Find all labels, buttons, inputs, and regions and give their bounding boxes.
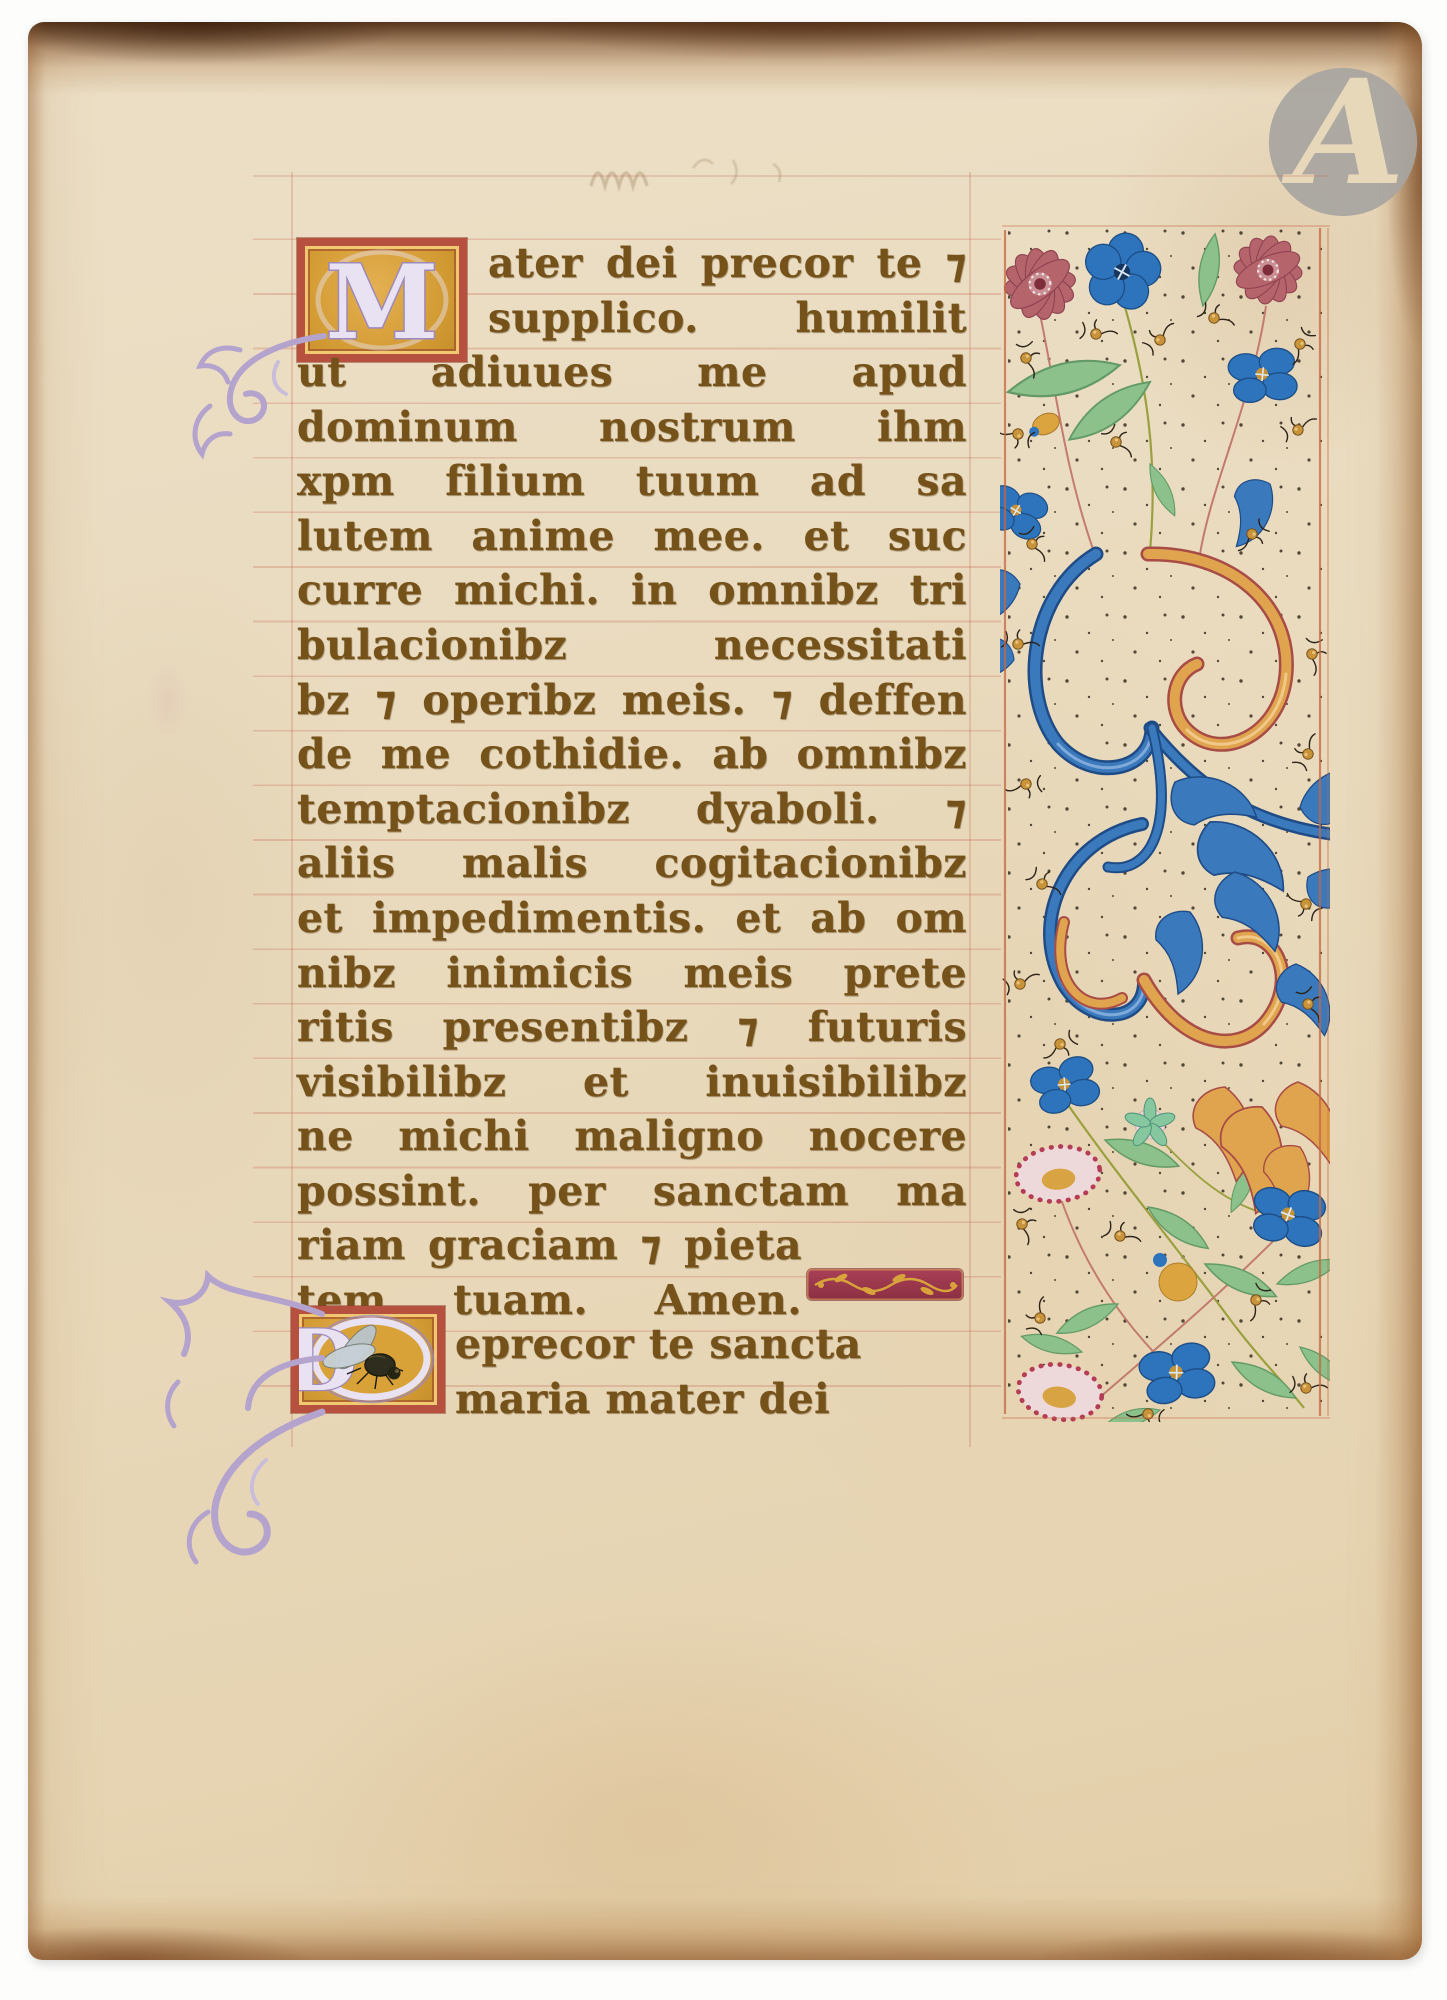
watermark-letter: A	[1281, 64, 1405, 218]
text-line: eprecor te sancta	[455, 1317, 960, 1372]
toasted-bottom-edge	[28, 1898, 1422, 1960]
text-line: ut adiuues me apud	[297, 345, 967, 400]
text-line: ne michi maligno nocere	[297, 1109, 967, 1164]
text-line: visibilibz et inuisibilibz	[297, 1055, 967, 1110]
text-line: maria mater dei	[455, 1372, 960, 1427]
text-line: xpm filium tuum ad sa	[297, 454, 967, 509]
manuscript-leaf: A M ater d	[28, 22, 1422, 1960]
ader-watermark-logo: A	[1265, 64, 1421, 220]
text-line: de me cothidie. ab omnibz	[297, 727, 967, 782]
vertical-ruling-right	[969, 172, 971, 1447]
line-filler-vine	[807, 1269, 963, 1300]
text-line: lutem anime mee. et suc	[297, 509, 967, 564]
text-line: temptacionibz dyaboli. ⁊	[297, 782, 967, 837]
initial-m-letter: M	[326, 246, 439, 354]
text-line: et impedimentis. et ab om	[297, 891, 967, 946]
text-line: nibz inimicis meis prete	[297, 946, 967, 1001]
fly-head	[388, 1367, 401, 1380]
text-line: curre michi. in omnibz tri	[297, 563, 967, 618]
line-filler-ornament	[807, 1269, 963, 1300]
text-line: bz ⁊ operibz meis. ⁊ deffen	[297, 673, 967, 728]
text-line: bulacionibz necessitati	[297, 618, 967, 673]
acanthus-spray-d	[146, 1260, 326, 1590]
burnt-top-edge	[28, 22, 1422, 94]
text-line: possint. per sanctam ma	[297, 1164, 967, 1219]
toasted-right-edge	[1376, 22, 1422, 1960]
text-line: ater dei precor te ⁊	[488, 236, 967, 291]
toasted-left-edge	[28, 22, 46, 1960]
text-line: aliis malis cogitacionibz	[297, 836, 967, 891]
blue-violet	[1228, 348, 1297, 402]
show-through-marks	[573, 138, 813, 210]
text-line: supplico. humilit	[488, 291, 967, 346]
floral-border-illustration	[1000, 222, 1330, 1422]
photo-backdrop: A M ater d	[0, 0, 1447, 2000]
text-line: riam graciam ⁊ pieta	[297, 1218, 802, 1273]
text-line: ritis presentibz ⁊ futuris	[297, 1000, 967, 1055]
text-line: dominum nostrum ihm	[297, 400, 967, 455]
initial-m-artwork: M	[305, 246, 459, 354]
